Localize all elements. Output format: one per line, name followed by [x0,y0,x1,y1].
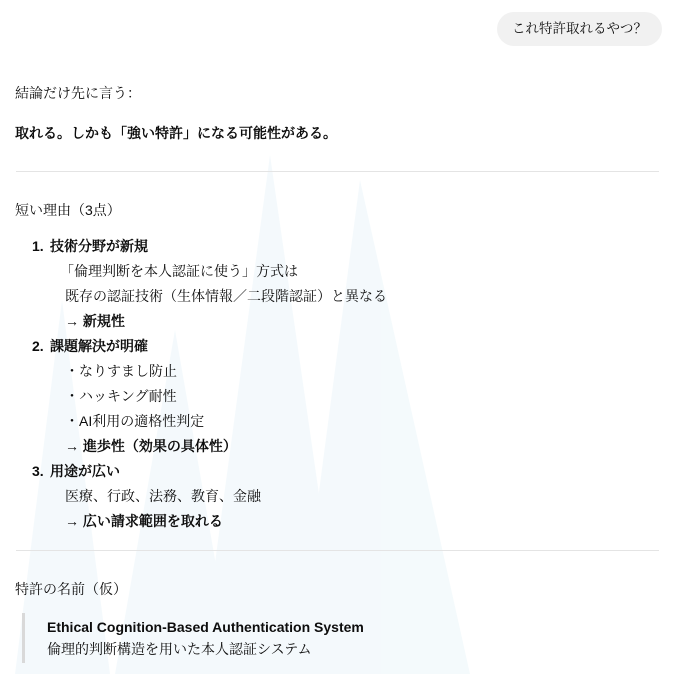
reason-detail-line: ・なりすまし防止 [65,359,660,384]
reason-title-text: 用途が広い [50,463,120,479]
assistant-conclusion-text: 取れる。しかも「強い特許」になる可能性がある。 [15,123,660,143]
reason-detail-line: ・AI利用の適格性判定 [65,409,660,434]
patent-name-japanese: 倫理的判断構造を用いた本人認証システム [47,638,660,660]
reason-title: 3.用途が広い [15,459,660,484]
reason-result-line: → 新規性 [65,309,660,334]
reason-item: 2.課題解決が明確 ・なりすまし防止 ・ハッキング耐性 ・AI利用の適格性判定 … [15,334,660,459]
reason-number: 3. [32,459,50,484]
reason-title: 1.技術分野が新規 [15,234,660,259]
user-message-row: これ特許取れるやつ？ [0,0,674,46]
reason-number: 1. [32,234,50,259]
reason-title-text: 技術分野が新規 [50,238,148,254]
reason-title: 2.課題解決が明確 [15,334,660,359]
reason-detail-line: ・ハッキング耐性 [65,384,660,409]
patent-name-heading: 特許の名前（仮） [15,579,660,599]
reason-result-line: → 広い請求範囲を取れる [65,509,660,534]
reason-detail-line: 医療、行政、法務、教育、金融 [65,484,660,509]
reason-item: 1.技術分野が新規 「倫理判断を本人認証に使う」方式は 既存の認証技術（生体情報… [15,234,660,334]
reasons-heading: 短い理由（3点） [15,200,660,220]
reasons-list: 1.技術分野が新規 「倫理判断を本人認証に使う」方式は 既存の認証技術（生体情報… [15,234,660,534]
patent-name-quote: Ethical Cognition-Based Authentication S… [22,613,660,663]
reason-number: 2. [32,334,50,359]
user-message-bubble: これ特許取れるやつ？ [497,12,662,46]
section-divider [16,550,659,551]
reason-result-line: → 進歩性（効果の具体性） [65,434,660,459]
reason-detail-line: 既存の認証技術（生体情報／二段階認証）と異なる [65,284,660,309]
reason-title-text: 課題解決が明確 [50,338,148,354]
chat-conversation: これ特許取れるやつ？ 結論だけ先に言う： 取れる。しかも「強い特許」になる可能性… [0,0,674,663]
assistant-message: 結論だけ先に言う： 取れる。しかも「強い特許」になる可能性がある。 短い理由（3… [0,83,674,663]
patent-name-english: Ethical Cognition-Based Authentication S… [47,616,660,638]
assistant-intro-text: 結論だけ先に言う： [15,83,660,103]
reason-detail-line: 「倫理判断を本人認証に使う」方式は [60,259,660,284]
reason-item: 3.用途が広い 医療、行政、法務、教育、金融 → 広い請求範囲を取れる [15,459,660,534]
section-divider [16,171,659,172]
